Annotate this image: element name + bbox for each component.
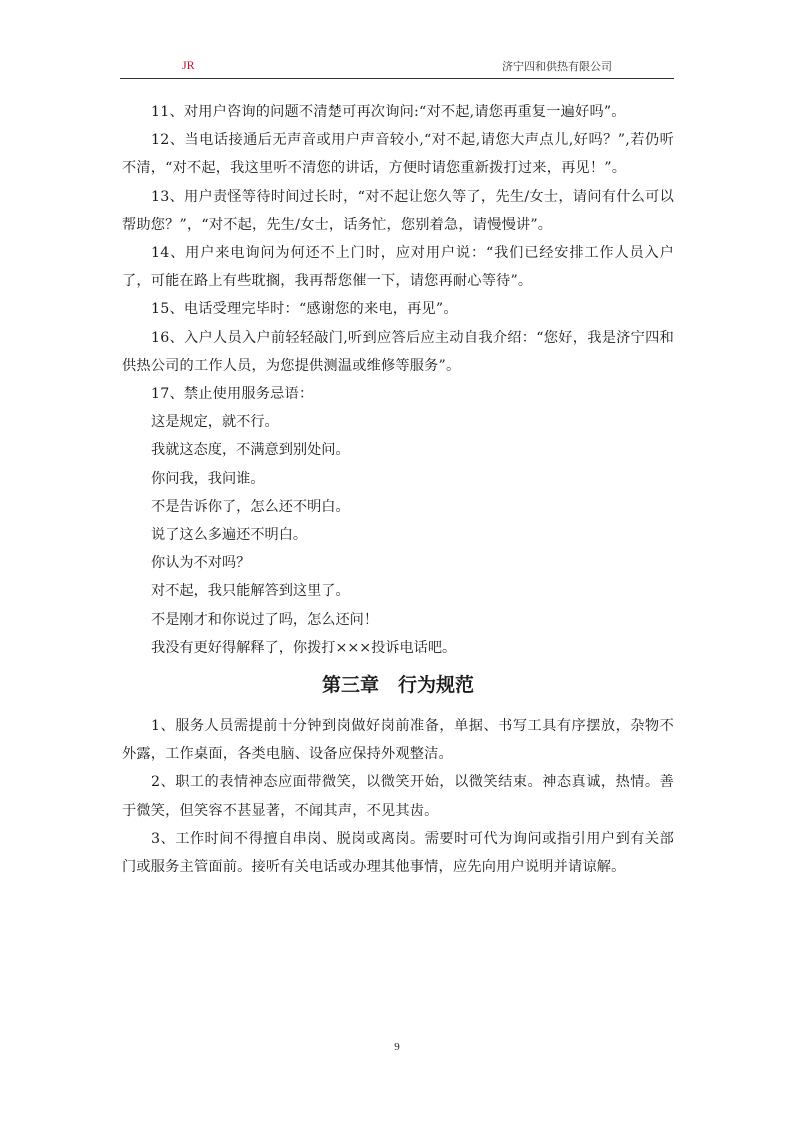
- chapter-item-2: 2、职工的表情神态应面带微笑，以微笑开始，以微笑结束。神态真诚，热情。善于微笑，…: [122, 768, 674, 824]
- chapter-title: 第三章 行为规范: [122, 670, 674, 700]
- header-divider: [120, 78, 674, 79]
- forbidden-phrase: 我就这态度，不满意到别处问。: [122, 436, 674, 464]
- document-body: 11、对用户咨询的问题不清楚可再次询问:“对不起,请您再重复一遍好吗”。 12、…: [122, 98, 674, 881]
- forbidden-phrase: 我没有更好得解释了，你拨打×××投诉电话吧。: [122, 634, 674, 662]
- item-15: 15、电话受理完毕时：“感谢您的来电，再见”。: [122, 295, 674, 323]
- forbidden-phrase: 不是告诉你了，怎么还不明白。: [122, 493, 674, 521]
- chapter-item-1: 1、服务人员需提前十分钟到岗做好岗前准备，单据、书写工具有序摆放，杂物不外露，工…: [122, 712, 674, 768]
- item-17: 17、禁止使用服务忌语：: [122, 380, 674, 408]
- forbidden-phrases-list: 这是规定，就不行。 我就这态度，不满意到别处问。 你问我，我问谁。 不是告诉你了…: [122, 408, 674, 662]
- header-company-name: 济宁四和供热有限公司: [502, 58, 612, 74]
- forbidden-phrase: 说了这么多遍还不明白。: [122, 521, 674, 549]
- chapter-item-3: 3、工作时间不得擅自串岗、脱岗或离岗。需要时可代为询问或指引用户到有关部门或服务…: [122, 825, 674, 881]
- forbidden-phrase: 这是规定，就不行。: [122, 408, 674, 436]
- item-16: 16、入户人员入户前轻轻敲门,听到应答后应主动自我介绍：“您好，我是济宁四和供热…: [122, 324, 674, 380]
- header-logo-text: JR: [182, 58, 195, 73]
- page-number: 9: [0, 1041, 794, 1053]
- page-header: JR 济宁四和供热有限公司: [120, 52, 674, 78]
- item-14: 14、用户来电询问为何还不上门时，应对用户说：“我们已经安排工作人员入户了，可能…: [122, 239, 674, 295]
- item-11: 11、对用户咨询的问题不清楚可再次询问:“对不起,请您再重复一遍好吗”。: [122, 98, 674, 126]
- forbidden-phrase: 不是刚才和你说过了吗，怎么还问！: [122, 606, 674, 634]
- forbidden-phrase: 你问我，我问谁。: [122, 465, 674, 493]
- item-13: 13、用户责怪等待时间过长时，“对不起让您久等了，先生/女士，请问有什么可以帮助…: [122, 183, 674, 239]
- forbidden-phrase: 你认为不对吗？: [122, 549, 674, 577]
- forbidden-phrase: 对不起，我只能解答到这里了。: [122, 577, 674, 605]
- item-12: 12、当电话接通后无声音或用户声音较小,“对不起,请您大声点儿,好吗？”,若仍听…: [122, 126, 674, 182]
